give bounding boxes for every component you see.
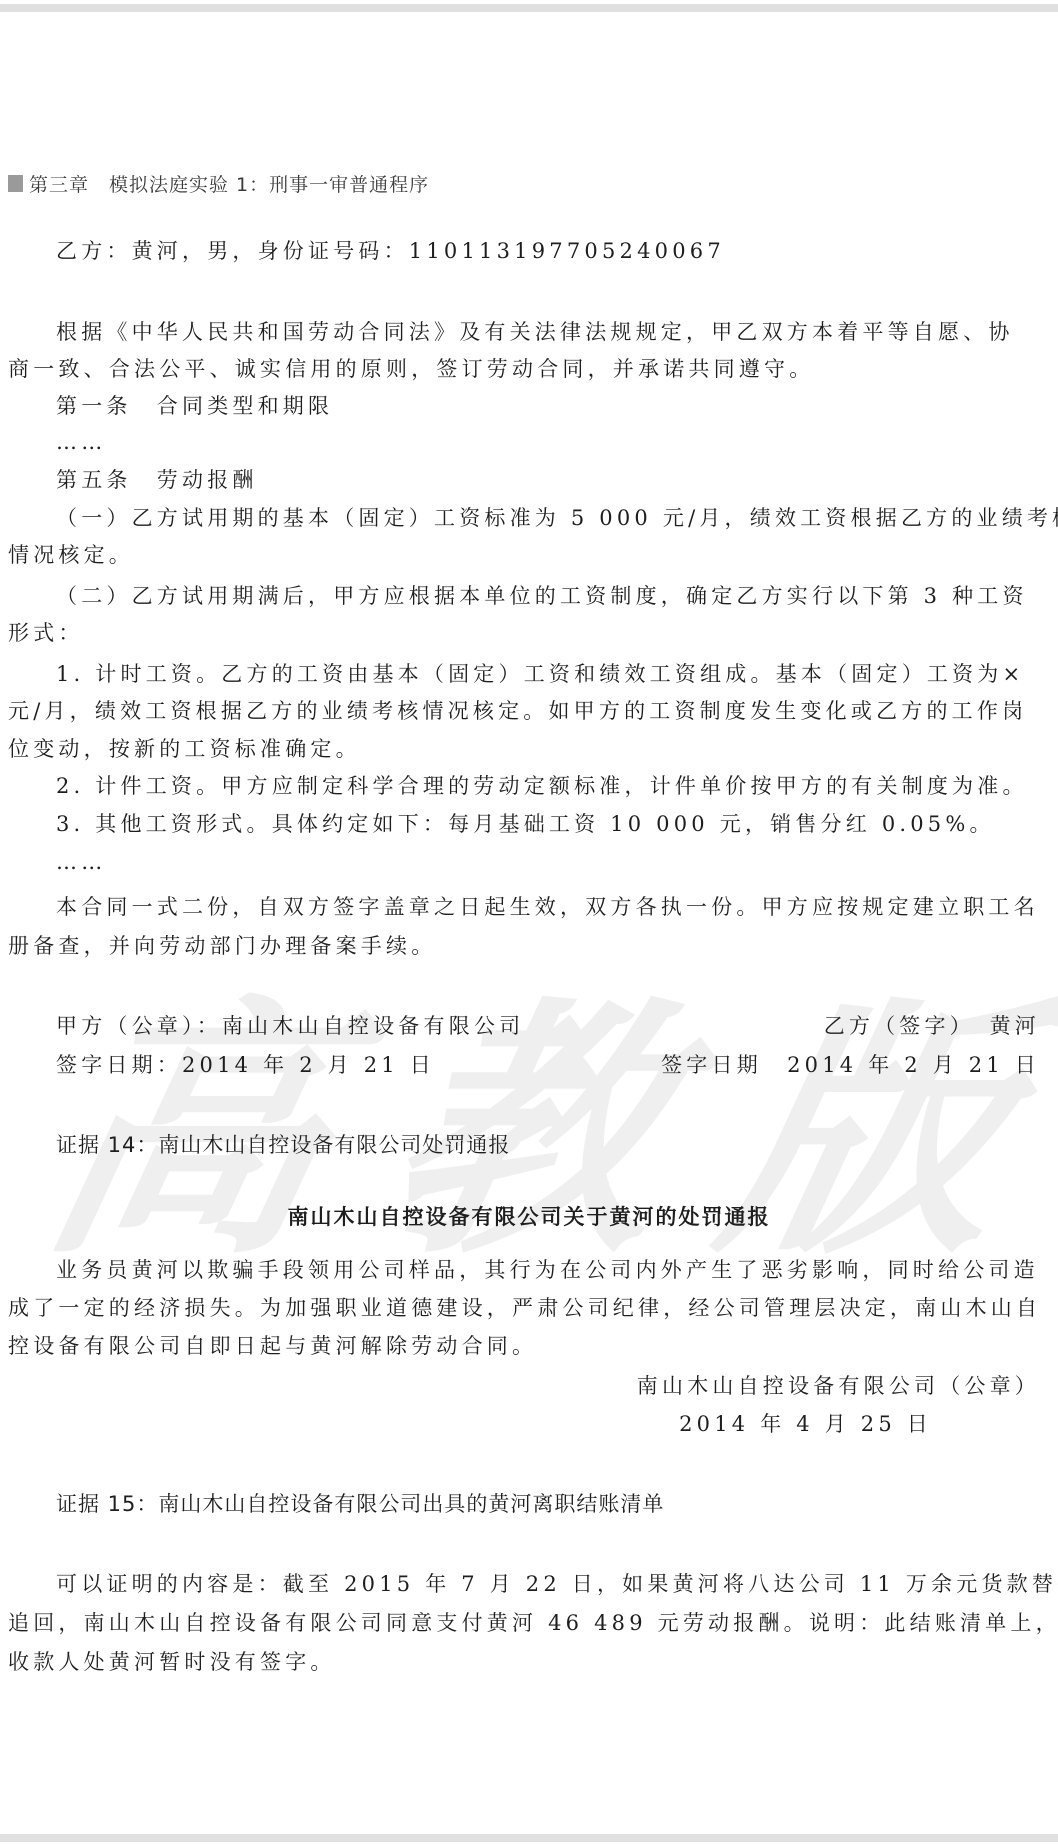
signature-date-b: 签字日期 2014 年 2 月 21 日	[661, 1051, 1040, 1079]
evidence-14-heading: 证据 14：南山木山自控设备有限公司处罚通报	[56, 1131, 510, 1159]
evidence-14-date: 2014 年 4 月 25 日	[679, 1410, 932, 1438]
evidence-15-heading: 证据 15：南山木山自控设备有限公司出具的黄河离职结账清单	[56, 1490, 664, 1518]
evidence-14-title: 南山木山自控设备有限公司关于黄河的处罚通报	[0, 1201, 1058, 1231]
chapter-marker-icon	[8, 175, 23, 192]
signature-party-b: 乙方（签字） 黄河	[824, 1012, 1040, 1040]
preamble-line: 根据《中华人民共和国劳动合同法》及有关法律法规规定，甲乙双方本着平等自愿、协	[56, 318, 1014, 346]
evidence-15-body-line: 收款人处黄河暂时没有签字。	[8, 1648, 336, 1676]
article-1-title: 第一条 合同类型和期限	[56, 392, 333, 420]
party-b-info: 乙方：黄河，男，身份证号码：110113197705240067	[56, 237, 725, 265]
signature-party-a: 甲方（公章）：南山木山自控设备有限公司	[56, 1012, 524, 1040]
signature-date-a: 签字日期：2014 年 2 月 21 日	[56, 1051, 435, 1079]
closing-line: 册备查，并向劳动部门办理备案手续。	[8, 932, 436, 960]
chapter-title: 第三章 模拟法庭实验 1：刑事一审普通程序	[29, 170, 429, 197]
clause-2-line: 形式：	[8, 619, 84, 647]
clause-2-line: （二）乙方试用期满后，甲方应根据本单位的工资制度，确定乙方实行以下第 3 种工资	[56, 582, 1028, 610]
evidence-14-signature: 南山木山自控设备有限公司（公章）	[637, 1372, 1040, 1400]
clause-1-line: 情况核定。	[8, 541, 134, 569]
item-1-line: 元/月，绩效工资根据乙方的业绩考核情况核定。如甲方的工资制度发生变化或乙方的工作…	[8, 697, 1027, 725]
ellipsis: ……	[56, 428, 106, 456]
preamble-line: 商一致、合法公平、诚实信用的原则，签订劳动合同，并承诺共同遵守。	[8, 355, 814, 383]
item-2: 2. 计件工资。甲方应制定科学合理的劳动定额标准，计件单价按甲方的有关制度为准。	[56, 772, 1028, 800]
evidence-14-body-line: 成了一定的经济损失。为加强职业道德建设，严肃公司纪律，经公司管理层决定，南山木山…	[8, 1294, 1041, 1322]
evidence-14-body-line: 业务员黄河以欺骗手段领用公司样品，其行为在公司内外产生了恶劣影响，同时给公司造	[56, 1256, 1039, 1284]
item-3: 3. 其他工资形式。具体约定如下：每月基础工资 10 000 元，销售分红 0.…	[56, 810, 995, 838]
document-page: 第三章 模拟法庭实验 1：刑事一审普通程序 乙方：黄河，男，身份证号码：1101…	[0, 0, 1058, 1846]
clause-1-line: （一）乙方试用期的基本（固定）工资标准为 5 000 元/月，绩效工资根据乙方的…	[56, 504, 1058, 532]
item-1-line: 1. 计时工资。乙方的工资由基本（固定）工资和绩效工资组成。基本（固定）工资为×	[56, 660, 1024, 688]
evidence-15-body-line: 可以证明的内容是：截至 2015 年 7 月 22 日，如果黄河将八达公司 11…	[56, 1570, 1058, 1598]
ellipsis: ……	[56, 848, 106, 876]
item-1-line: 位变动，按新的工资标准确定。	[8, 735, 361, 763]
evidence-14-body-line: 控设备有限公司自即日起与黄河解除劳动合同。	[8, 1332, 537, 1360]
chapter-header: 第三章 模拟法庭实验 1：刑事一审普通程序	[8, 170, 429, 197]
evidence-15-body-line: 追回，南山木山自控设备有限公司同意支付黄河 46 489 元劳动报酬。说明：此结…	[8, 1609, 1058, 1637]
closing-line: 本合同一式二份，自双方签字盖章之日起生效，双方各执一份。甲方应按规定建立职工名	[56, 893, 1039, 921]
article-5-title: 第五条 劳动报酬	[56, 466, 258, 494]
